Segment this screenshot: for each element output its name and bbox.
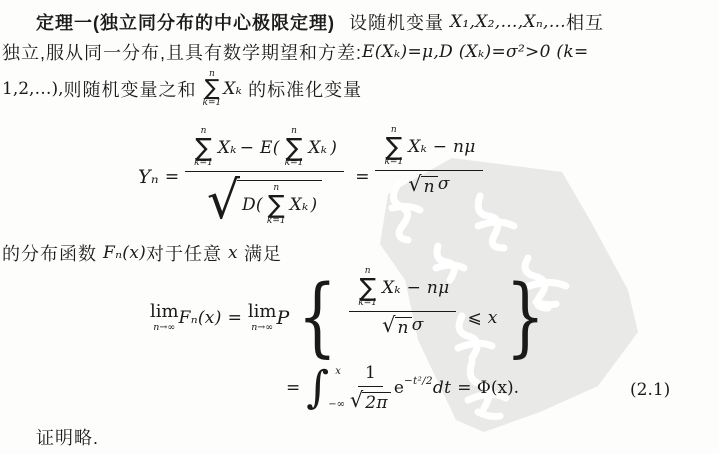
eq2-leq-x: ⩽ x	[467, 308, 497, 328]
sqrt-icon: √	[408, 174, 421, 195]
equation-number-label: (2.1)	[630, 380, 670, 400]
sigma-icon: ∑	[268, 193, 285, 217]
p2-Fnx: Fₙ(x)	[103, 243, 146, 263]
summation-symbol: n ∑ k=1	[358, 267, 377, 309]
summation-symbol: n ∑ k=1	[384, 126, 403, 168]
theorem-line-2: 独立,服从同一分布,且具有数学期望和方差:E(Xₖ)=μ,D (Xₖ)=σ²>0…	[2, 39, 589, 65]
p2-x: x	[228, 243, 238, 263]
sum-lower-limit: k=1	[358, 299, 377, 308]
eq2-denominator: √ n σ	[382, 312, 424, 369]
theorem-line-1: 定理一(独立同分布的中心极限定理)设随机变量X₁,X₂,…,Xₙ,…相互	[36, 9, 604, 35]
eq1-rparen: )	[311, 195, 318, 215]
equation-standardized-variable: Yₙ = n ∑ k=1 Xₖ − E( n ∑ k=1 Xₖ	[138, 116, 488, 238]
summation-symbol: n ∑ k=1	[202, 70, 221, 109]
limit-operator: lim n→∞	[150, 303, 179, 333]
line1-variables: X₁,X₂,…,Xₙ,…	[450, 12, 566, 32]
eq2-Fnx: Fₙ(x)	[179, 308, 222, 328]
eq2-numerator: n ∑ k=1 Xₖ − nμ	[349, 267, 456, 313]
summation-symbol: n ∑ k=1	[194, 127, 213, 169]
sigma-icon: ∑	[286, 136, 303, 160]
sum-lower-limit: k=1	[194, 159, 213, 168]
eq1-rparen: )	[330, 138, 337, 158]
sum-lower-limit: k=1	[267, 217, 286, 226]
theorem-line-3: 1,2,…), 则随机变量之和 n ∑ k=1 Xₖ 的标准化变量	[2, 64, 362, 114]
radical: √ 2π	[350, 390, 391, 413]
eq1-right-numerator: n ∑ k=1 Xₖ − nμ	[375, 126, 482, 172]
eq1-D-open: D(	[242, 195, 263, 215]
eq1-xk: Xₖ	[290, 195, 309, 215]
integral-operator: ∫ x −∞	[306, 366, 345, 410]
sqrt-icon: √	[207, 175, 240, 227]
eq3-phi-result: = Φ(x).	[457, 378, 519, 398]
textbook-page: 定理一(独立同分布的中心极限定理)设随机变量X₁,X₂,…,Xₙ,…相互 独立,…	[0, 0, 719, 454]
sum-lower-limit: k=1	[384, 158, 403, 167]
left-brace: {	[297, 277, 336, 359]
radicand: D( n ∑ k=1 Xₖ )	[237, 180, 322, 226]
p2-text-c: 满足	[244, 240, 282, 266]
line3-xk: Xₖ	[223, 79, 242, 99]
right-brace: }	[505, 277, 544, 359]
eq3-dt: dt	[433, 378, 451, 398]
line2-text: 独立,服从同一分布,且具有数学期望和方差:	[2, 39, 362, 65]
eq3-exponent: −t²/2	[404, 375, 433, 387]
text-layer: 定理一(独立同分布的中心极限定理)设随机变量X₁,X₂,…,Xₙ,…相互 独立,…	[0, 0, 719, 454]
radical: √ D( n ∑ k=1 Xₖ )	[207, 175, 323, 227]
sum-lower-limit: k=1	[285, 159, 304, 168]
proof-omitted-text: 证明略.	[36, 424, 99, 450]
eq1-right-denominator: √ n σ	[408, 171, 450, 228]
sigma-icon: ∑	[204, 79, 219, 100]
eq1-xk: Xₖ	[218, 138, 237, 158]
eq2-equals: =	[228, 308, 242, 328]
radical: √ n	[408, 174, 438, 197]
radicand: n	[421, 176, 438, 197]
radical: √ n	[382, 315, 412, 338]
line1-text: 设随机变量	[349, 9, 444, 35]
eq3-numerator: 1	[358, 363, 383, 387]
eq1-lhs: Yₙ	[138, 166, 159, 188]
line1-tail: 相互	[566, 9, 604, 35]
sigma-icon: ∑	[195, 136, 212, 160]
eq1-equals-2: =	[355, 167, 369, 187]
distribution-function-line: 的分布函数 Fₙ(x)对于任意 x满足	[2, 240, 282, 266]
lim-word: lim	[248, 303, 277, 321]
eq1-xk: Xₖ	[308, 138, 327, 158]
summation-symbol: n ∑ k=1	[267, 184, 286, 226]
eq1-fraction-right: n ∑ k=1 Xₖ − nμ √ n σ	[375, 126, 482, 229]
radicand: n	[395, 317, 412, 338]
equation-normal-integral: = ∫ x −∞ 1 √ 2π e−t²/2 dt = Φ(x).	[286, 362, 519, 414]
radicand: 2π	[362, 392, 391, 413]
lim-subscript: n→∞	[251, 323, 273, 333]
equation-limit-probability: lim n→∞ Fₙ(x) = lim n→∞ P { n ∑ k=1 Xₖ −…	[150, 268, 552, 368]
eq1-minus-E: − E(	[240, 138, 280, 158]
line3-k-values: 1,2,…),	[2, 79, 63, 99]
eq1-equals: =	[165, 167, 179, 187]
eq1-numerator: n ∑ k=1 Xₖ − E( n ∑ k=1 Xₖ )	[185, 127, 344, 173]
integral-upper: x	[335, 366, 345, 377]
theorem-title-paren: (独立同分布的中心极限定理)	[93, 9, 335, 35]
eq2-xk-minus-nmu: Xₖ − nμ	[382, 278, 449, 298]
eq1-fraction-left: n ∑ k=1 Xₖ − E( n ∑ k=1 Xₖ )	[185, 127, 344, 228]
summation-symbol: n ∑ k=1	[285, 127, 304, 169]
equation-number: (2.1)	[630, 380, 670, 400]
sigma-icon: ∑	[359, 276, 376, 300]
eq3-denominator: √ 2π	[350, 387, 391, 413]
integral-limits: x −∞	[328, 366, 345, 410]
p2-text-a: 的分布函数	[2, 240, 97, 266]
line2-math: E(Xₖ)=μ,D (Xₖ)=σ²>0 (k=	[362, 42, 588, 62]
eq2-P: P	[276, 307, 289, 329]
theorem-heading: 定理一	[36, 9, 93, 35]
proof-omitted-line: 证明略.	[36, 424, 99, 450]
eq3-fraction: 1 √ 2π	[350, 363, 391, 413]
sqrt-icon: √	[382, 315, 395, 336]
sigma-variable: σ	[412, 315, 424, 335]
eq1-xk-minus-nmu: Xₖ − nμ	[408, 137, 475, 157]
sigma-variable: σ	[438, 174, 450, 194]
line3-text-a: 则随机变量之和	[63, 76, 196, 102]
eq3-e: e	[394, 378, 404, 398]
sqrt-icon: √	[350, 390, 363, 411]
integral-lower: −∞	[328, 399, 345, 410]
eq3-equals: =	[286, 378, 300, 398]
sum-lower-limit: k=1	[202, 99, 221, 108]
limit-operator: lim n→∞	[248, 303, 277, 333]
integral-icon: ∫	[306, 366, 329, 410]
sigma-icon: ∑	[385, 135, 402, 159]
eq1-denominator: √ D( n ∑ k=1 Xₖ )	[207, 172, 323, 227]
lim-subscript: n→∞	[153, 323, 175, 333]
lim-word: lim	[150, 303, 179, 321]
eq2-fraction: n ∑ k=1 Xₖ − nμ √ n σ	[349, 267, 456, 370]
line3-text-b: 的标准化变量	[248, 76, 362, 102]
p2-text-b: 对于任意	[146, 240, 222, 266]
